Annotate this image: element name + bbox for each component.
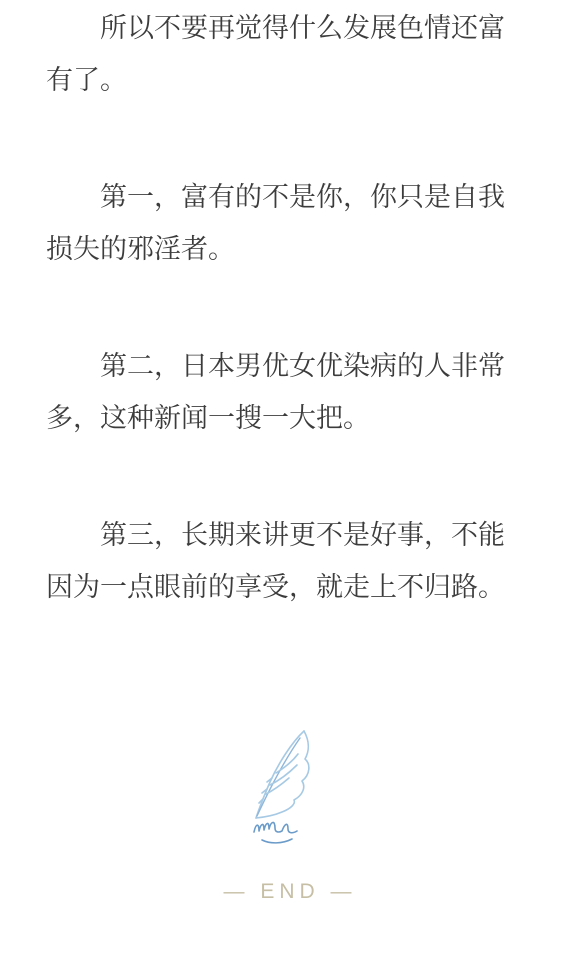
paragraph: 所以不要再觉得什么发展色情还富有了。: [46, 3, 506, 107]
end-marker: — END —: [0, 880, 580, 904]
paragraph: 第三，长期来讲更不是好事，不能因为一点眼前的享受，就走上不归路。: [46, 510, 506, 614]
article-footer: — END —: [0, 728, 580, 904]
feather-quill-icon: [242, 728, 338, 848]
article-body: 所以不要再觉得什么发展色情还富有了。 第一，富有的不是你，你只是自我损失的邪淫者…: [0, 0, 580, 614]
article-page: 所以不要再觉得什么发展色情还富有了。 第一，富有的不是你，你只是自我损失的邪淫者…: [0, 0, 580, 977]
paragraph: 第二，日本男优女优染病的人非常多，这种新闻一搜一大把。: [46, 341, 506, 445]
paragraph: 第一，富有的不是你，你只是自我损失的邪淫者。: [46, 172, 506, 276]
